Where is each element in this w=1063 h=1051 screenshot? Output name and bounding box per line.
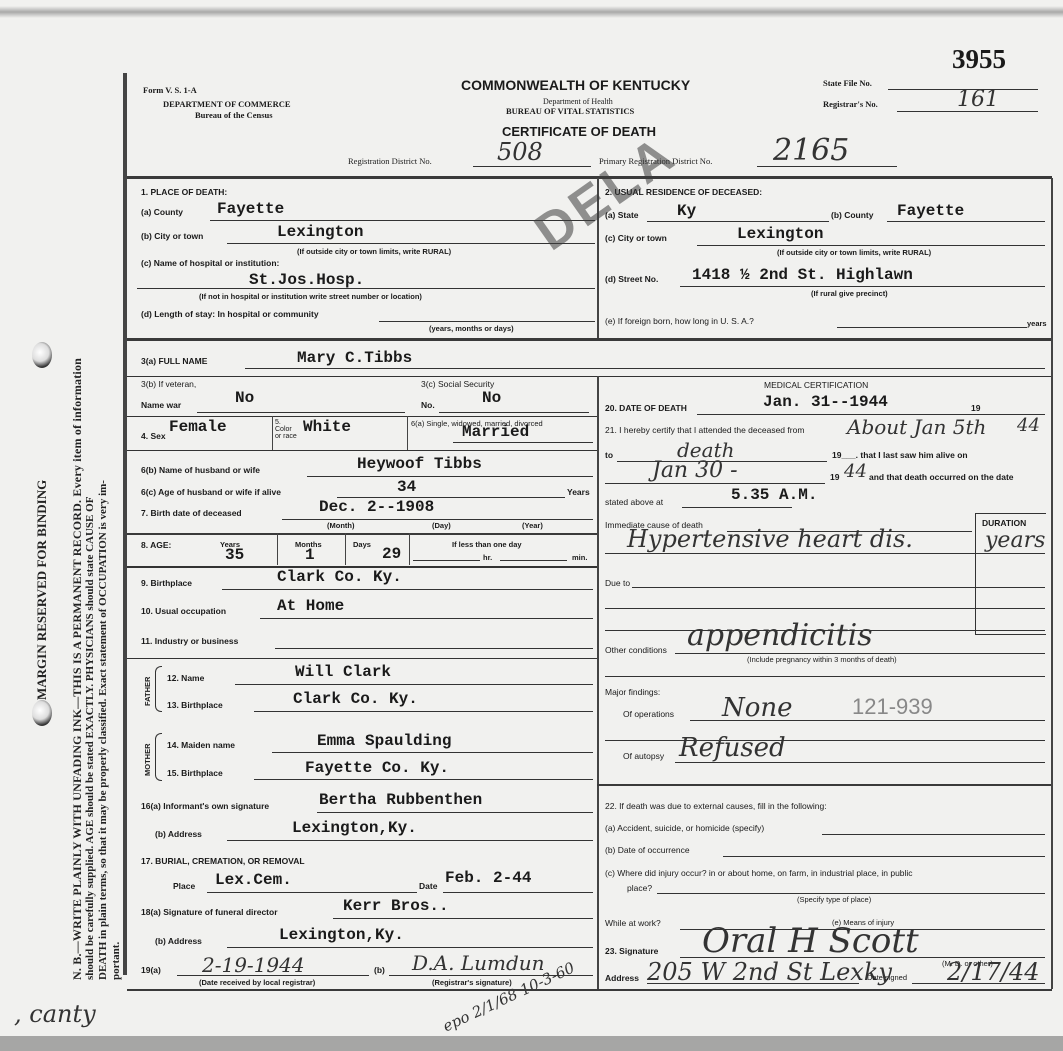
- file-number: 3955: [952, 44, 1006, 75]
- industry-label: 11. Industry or business: [141, 636, 238, 646]
- spouse-value: Heywoof Tibbs: [357, 455, 482, 473]
- father-birthplace-value: Clark Co. Ky.: [293, 690, 418, 708]
- certify-text: 21. I hereby certify that I attended the…: [605, 425, 804, 435]
- last-saw-year-prefix: 19: [830, 472, 839, 482]
- informant-signature-value: Bertha Rubbenthen: [319, 791, 482, 809]
- social-security-label: 3(c) Social Security: [421, 379, 494, 389]
- death-county-value: Fayette: [217, 200, 284, 218]
- primary-district-value: 2165: [773, 133, 849, 168]
- street-value: 1418 ½ 2nd St. Highlawn: [692, 266, 913, 284]
- other-conditions-note: (Include pregnancy within 3 months of de…: [747, 655, 897, 664]
- hr-label: hr.: [483, 553, 492, 562]
- marital-value: Married: [462, 423, 529, 441]
- birthplace-label: 9. Birthplace: [141, 578, 192, 588]
- binding-margin: MARGIN RESERVED FOR BINDING N. B.—WRITE …: [0, 60, 120, 980]
- other-conditions-label: Other conditions: [605, 645, 667, 655]
- father-side-label: FATHER: [143, 677, 152, 706]
- department-label: DEPARTMENT OF COMMERCE: [163, 99, 291, 109]
- scan-bottom-edge: [0, 1036, 1063, 1051]
- full-name-label: 3(a) FULL NAME: [141, 356, 207, 366]
- age-months-value: 1: [305, 546, 315, 564]
- physician-signature-value: Oral H Scott: [702, 921, 919, 961]
- informant-address-value: Lexington,Ky.: [292, 819, 417, 837]
- commonwealth-title: COMMONWEALTH OF KENTUCKY: [461, 77, 690, 93]
- sex-label: 4. Sex: [141, 431, 166, 441]
- veteran-label: 3(b) If veteran,: [141, 379, 196, 389]
- full-name-value: Mary C.Tibbs: [297, 349, 412, 367]
- hospital-value: St.Jos.Hosp.: [249, 271, 364, 289]
- father-birthplace-label: 13. Birthplace: [167, 700, 223, 710]
- place-of-death-heading: 1. PLACE OF DEATH:: [141, 187, 227, 197]
- date-of-death-19: 19: [971, 403, 980, 413]
- burial-heading: 17. BURIAL, CREMATION, OR REMOVAL: [141, 856, 305, 866]
- immediate-cause-value: Hypertensive heart dis.: [627, 525, 913, 553]
- registrar-sig-note: (Registrar's signature): [432, 978, 512, 987]
- last-saw-year: 44: [844, 461, 867, 482]
- operations-code: 121-939: [852, 694, 933, 720]
- birth-day-note: (Day): [432, 521, 451, 530]
- father-name-value: Will Clark: [295, 663, 391, 681]
- stated-above-label: stated above at: [605, 497, 663, 507]
- margin-handwriting: , canty: [14, 1000, 96, 1028]
- date-occurrence-label: (b) Date of occurrence: [605, 845, 690, 855]
- to-label: to: [605, 450, 613, 460]
- birth-date-value: Dec. 2--1908: [319, 498, 434, 516]
- margin-binding-text: MARGIN RESERVED FOR BINDING: [34, 480, 50, 700]
- mother-birthplace-label: 15. Birthplace: [167, 768, 223, 778]
- physician-address-label: Address: [605, 973, 639, 983]
- informant-address-label: (b) Address: [155, 829, 202, 839]
- operations-value: None: [722, 693, 793, 723]
- mother-name-label: 14. Maiden name: [167, 740, 235, 750]
- burial-date-value: Feb. 2-44: [445, 869, 531, 887]
- registrars-no-label: Registrar's No.: [823, 99, 878, 109]
- department-health: Department of Health: [543, 97, 613, 106]
- street-note: (If rural give precinct): [811, 289, 888, 298]
- mother-brace: [155, 733, 162, 781]
- physician-address-value: 205 W 2nd St Lexky: [647, 958, 892, 986]
- while-at-work-label: While at work?: [605, 918, 661, 928]
- registrar-sig-label: (b): [374, 965, 385, 975]
- father-name-label: 12. Name: [167, 673, 204, 683]
- physician-signature-label: 23. Signature: [605, 946, 658, 956]
- date-received-label: 19(a): [141, 965, 161, 975]
- major-findings-label: Major findings:: [605, 687, 660, 697]
- time-of-death-value: 5.35 A.M.: [731, 486, 817, 504]
- date-signed-label: Date signed: [867, 973, 907, 982]
- registrar-signature: D.A. Lumdun: [412, 951, 545, 975]
- date-received-value: 2-19-1944: [202, 953, 305, 977]
- date-of-death-label: 20. DATE OF DEATH: [605, 403, 687, 413]
- birth-month-note: (Month): [327, 521, 354, 530]
- war-label: Name war: [141, 400, 181, 410]
- duration-label: DURATION: [982, 518, 1026, 528]
- external-causes-heading: 22. If death was due to external causes,…: [605, 801, 827, 811]
- spouse-age-unit: Years: [567, 487, 590, 497]
- accident-label: (a) Accident, suicide, or homicide (spec…: [605, 823, 764, 833]
- sex-value: Female: [169, 418, 227, 436]
- scan-top-edge: [0, 6, 1063, 18]
- registration-district-value: 508: [497, 138, 543, 166]
- residence-county-label: (b) County: [831, 210, 874, 220]
- medical-certification-heading: MEDICAL CERTIFICATION: [764, 380, 868, 390]
- instructions-line-4: portant.: [110, 942, 122, 980]
- duration-value: years: [985, 528, 1045, 553]
- hospital-label: (c) Name of hospital or institution:: [141, 258, 279, 268]
- instructions-line-1: N. B.—WRITE PLAINLY WITH UNFADING INK—TH…: [70, 358, 85, 980]
- attended-from-year: 44: [1017, 415, 1040, 436]
- residence-city-note: (If outside city or town limits, write R…: [777, 248, 931, 257]
- mother-birthplace-value: Fayette Co. Ky.: [305, 759, 449, 777]
- informant-signature-label: 16(a) Informant's own signature: [141, 801, 269, 811]
- age-years-value: 35: [225, 546, 244, 564]
- less-than-day-label: If less than one day: [452, 540, 522, 549]
- color-value: White: [303, 418, 351, 436]
- mother-side-label: MOTHER: [143, 744, 152, 777]
- attended-from-value: About Jan 5th: [847, 415, 986, 439]
- due-to-label: Due to: [605, 578, 630, 588]
- residence-city-value: Lexington: [737, 225, 823, 243]
- foreign-born-unit: years: [1027, 319, 1047, 328]
- spouse-label: 6(b) Name of husband or wife: [141, 465, 260, 475]
- date-received-note: (Date received by local registrar): [199, 978, 315, 987]
- other-conditions-value: appendicitis: [687, 618, 873, 653]
- occupation-label: 10. Usual occupation: [141, 606, 226, 616]
- instructions-line-2: should be carefully supplied. AGE should…: [84, 497, 96, 980]
- death-city-note: (If outside city or town limits, write R…: [297, 247, 451, 256]
- foreign-born-label: (e) If foreign born, how long in U. S. A…: [605, 316, 754, 326]
- date-of-death-value: Jan. 31--1944: [763, 393, 888, 411]
- funeral-director-value: Kerr Bros..: [343, 897, 449, 915]
- death-certificate-form: Form V. S. 1-A DEPARTMENT OF COMMERCE Bu…: [123, 73, 1052, 975]
- last-saw-text: 19___. that I last saw him alive on: [832, 450, 968, 460]
- residence-county-value: Fayette: [897, 202, 964, 220]
- injury-place-label-2: place?: [627, 883, 652, 893]
- days-label: Days: [353, 540, 371, 549]
- burial-date-label: Date: [419, 881, 437, 891]
- length-of-stay-note: (years, months or days): [429, 324, 514, 333]
- social-security-value: No: [482, 389, 501, 407]
- occupation-value: At Home: [277, 597, 344, 615]
- ss-no-label: No.: [421, 400, 435, 410]
- residence-city-label: (c) City or town: [605, 233, 667, 243]
- autopsy-value: Refused: [679, 733, 786, 763]
- injury-place-label: (c) Where did injury occur? in or about …: [605, 868, 913, 878]
- burial-place-value: Lex.Cem.: [215, 871, 292, 889]
- autopsy-label: Of autopsy: [623, 751, 664, 761]
- father-brace: [155, 666, 162, 712]
- spouse-age-value: 34: [397, 478, 416, 496]
- street-label: (d) Street No.: [605, 274, 658, 284]
- burial-place-label: Place: [173, 881, 195, 891]
- last-saw-value: Jan 30 -: [652, 458, 738, 483]
- registrars-no-value: 161: [957, 87, 999, 112]
- min-label: min.: [572, 553, 587, 562]
- date-signed-value: 2/17/44: [947, 958, 1040, 986]
- residence-state-value: Ky: [677, 202, 696, 220]
- funeral-address-label: (b) Address: [155, 936, 202, 946]
- death-city-value: Lexington: [277, 223, 363, 241]
- injury-place-note: (Specify type of place): [797, 895, 871, 904]
- hospital-note: (If not in hospital or institution write…: [199, 292, 422, 301]
- binding-hole-top: [32, 342, 52, 368]
- instructions-line-3: DEATH in plain terms, so that it may be …: [97, 480, 109, 980]
- registration-district-label: Registration District No.: [348, 156, 432, 166]
- operations-label: Of operations: [623, 709, 674, 719]
- birthplace-value: Clark Co. Ky.: [277, 568, 402, 586]
- death-occurred-text: and that death occurred on the date: [869, 472, 1014, 482]
- funeral-address-value: Lexington,Ky.: [279, 926, 404, 944]
- bureau-vital-statistics: BUREAU OF VITAL STATISTICS: [506, 106, 634, 116]
- color-label: 5. Color or race: [275, 419, 299, 440]
- mother-name-value: Emma Spaulding: [317, 732, 451, 750]
- birth-date-label: 7. Birth date of deceased: [141, 508, 242, 518]
- death-city-label: (b) City or town: [141, 231, 203, 241]
- spouse-age-label: 6(c) Age of husband or wife if alive: [141, 487, 281, 497]
- form-number: Form V. S. 1-A: [143, 85, 197, 95]
- death-county-label: (a) County: [141, 207, 183, 217]
- age-label: 8. AGE:: [141, 540, 171, 550]
- age-days-value: 29: [382, 545, 401, 563]
- binding-hole-bottom: [32, 700, 52, 726]
- bureau-label: Bureau of the Census: [195, 110, 273, 120]
- birth-year-note: (Year): [522, 521, 543, 530]
- war-value: No: [235, 389, 254, 407]
- length-of-stay-label: (d) Length of stay: In hospital or commu…: [141, 309, 319, 319]
- funeral-director-label: 18(a) Signature of funeral director: [141, 907, 278, 917]
- state-file-label: State File No.: [823, 78, 872, 88]
